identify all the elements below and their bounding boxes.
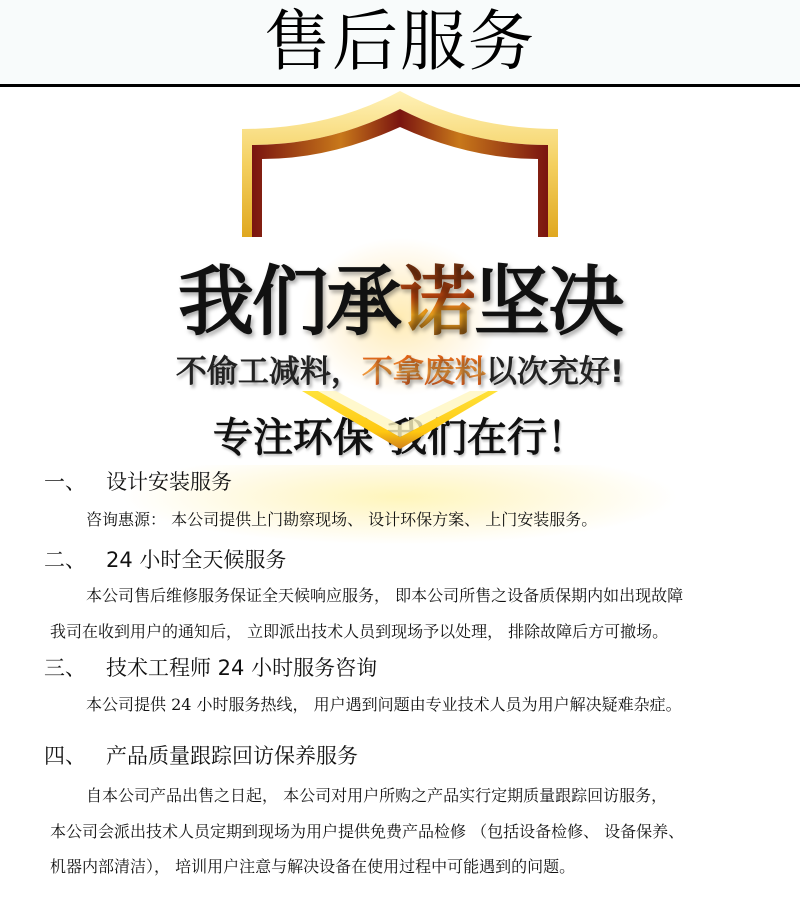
- section-3-title: 三、技术工程师 24 小时服务咨询: [44, 654, 377, 682]
- section-1-paragraph: 咨询惠源： 本公司提供上门勘察现场、 设计环保方案、 上门安装服务。: [86, 509, 597, 531]
- section-1-title: 一、设计安装服务: [44, 468, 232, 496]
- section-2-paragraph-1: 本公司售后维修服务保证全天候响应服务， 即本公司所售之设备质保期内如出现故障: [86, 585, 683, 607]
- promise-banner: 我们承诺坚决 不偷工减料，不拿废料以次充好! 专注环保 我们在行！: [0, 87, 800, 460]
- page-title: 售后服务: [0, 2, 800, 82]
- shield-bottom-chevron-icon: [0, 87, 800, 460]
- section-4-paragraph-2: 本公司会派出技术人员定期到现场为用户提供免费产品检修 （包括设备检修、 设备保养…: [50, 821, 684, 843]
- section-4-paragraph-3: 机器内部清洁）， 培训用户注意与解决设备在使用过程中可能遇到的问题。: [50, 856, 575, 878]
- section-2-title: 二、24 小时全天候服务: [44, 546, 286, 574]
- section-4-title: 四、产品质量跟踪回访保养服务: [44, 742, 358, 770]
- header-bar: 售后服务: [0, 0, 800, 84]
- section-2-paragraph-2: 我司在收到用户的通知后， 立即派出技术人员到现场予以处理， 排除故障后方可撤场。: [50, 621, 668, 643]
- section-3-paragraph: 本公司提供 24 小时服务热线， 用户遇到问题由专业技术人员为用户解决疑难杂症。: [86, 694, 682, 716]
- section-4-paragraph-1: 自本公司产品出售之日起， 本公司对用户所购之产品实行定期质量跟踪回访服务，: [86, 785, 667, 807]
